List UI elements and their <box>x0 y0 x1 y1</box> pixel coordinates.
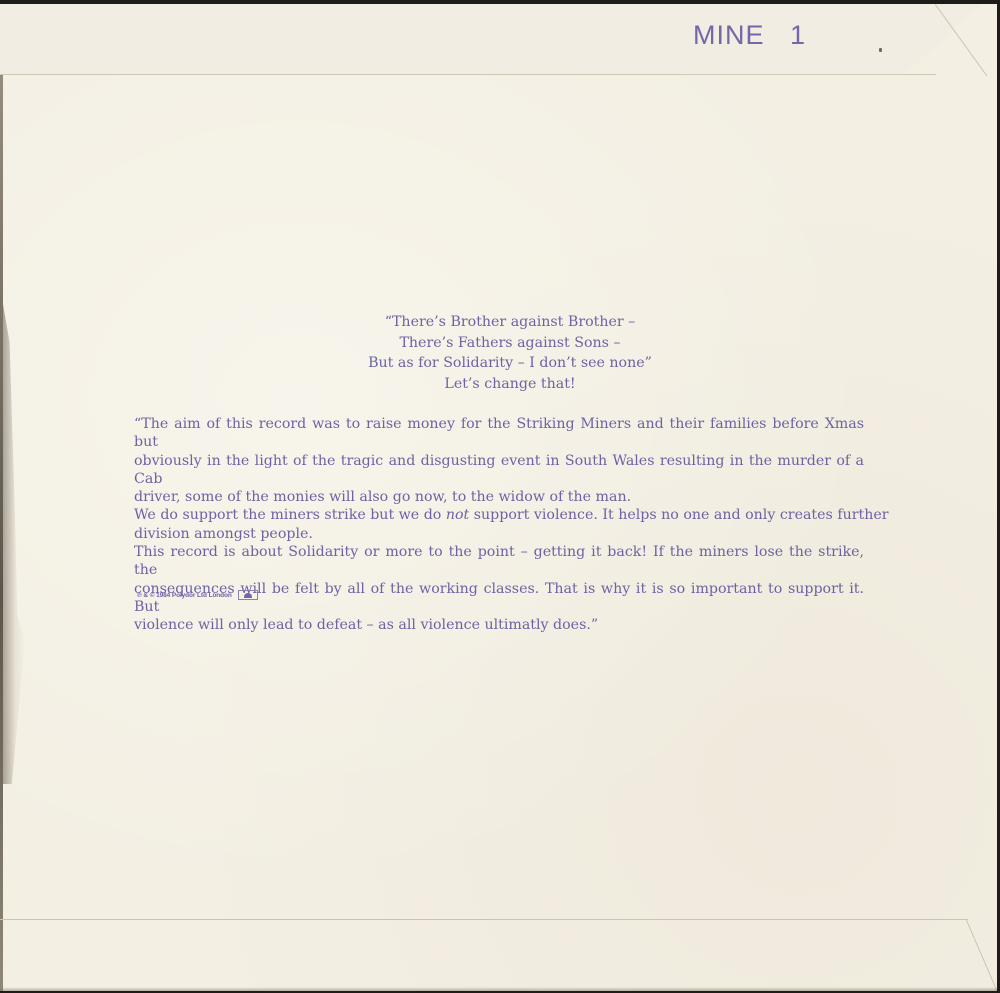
lyric-quote: “There’s Brother against Brother – There… <box>300 312 720 394</box>
polydor-logo-icon <box>238 590 258 600</box>
statement-line: “The aim of this record was to raise mon… <box>134 415 864 452</box>
copyright-notice: ℗ & © 1984 Polydor Ltd London <box>137 590 258 600</box>
bottom-flap-fold-line <box>0 919 968 920</box>
statement-emphasis: not <box>446 507 469 523</box>
lyric-line: There’s Fathers against Sons – <box>300 333 720 354</box>
sleeve-bottom-edge <box>0 987 997 991</box>
catalog-number: MINE 1 <box>693 20 806 51</box>
sleeve-curl-shadow <box>3 304 25 784</box>
record-sleeve-back: MINE 1 “There’s Brother against Brother … <box>0 4 997 991</box>
statement-line: We do support the miners strike but we d… <box>134 506 864 524</box>
statement-line: This record is about Solidarity or more … <box>134 543 864 580</box>
lyric-line: But as for Solidarity – I don’t see none… <box>300 353 720 374</box>
statement-line: violence will only lead to defeat – as a… <box>134 616 864 634</box>
print-speck <box>879 48 882 52</box>
copyright-text: ℗ & © 1984 Polydor Ltd London <box>137 592 232 599</box>
statement-text: support violence. It helps no one and on… <box>469 507 888 523</box>
top-flap <box>0 4 982 75</box>
statement-text: We do support the miners strike but we d… <box>134 507 446 523</box>
lyric-line: Let’s change that! <box>300 374 720 395</box>
sleeve-left-edge <box>0 4 3 991</box>
bottom-flap-diagonal-edge <box>966 919 997 991</box>
statement-line: driver, some of the monies will also go … <box>134 488 864 506</box>
statement-line: obviously in the light of the tragic and… <box>134 452 864 489</box>
lyric-line: “There’s Brother against Brother – <box>300 312 720 333</box>
top-flap-diagonal-edge <box>935 4 987 76</box>
top-flap-fold-line <box>0 74 936 75</box>
band-statement: “The aim of this record was to raise mon… <box>134 415 864 635</box>
statement-line: division amongst people. <box>134 525 864 543</box>
